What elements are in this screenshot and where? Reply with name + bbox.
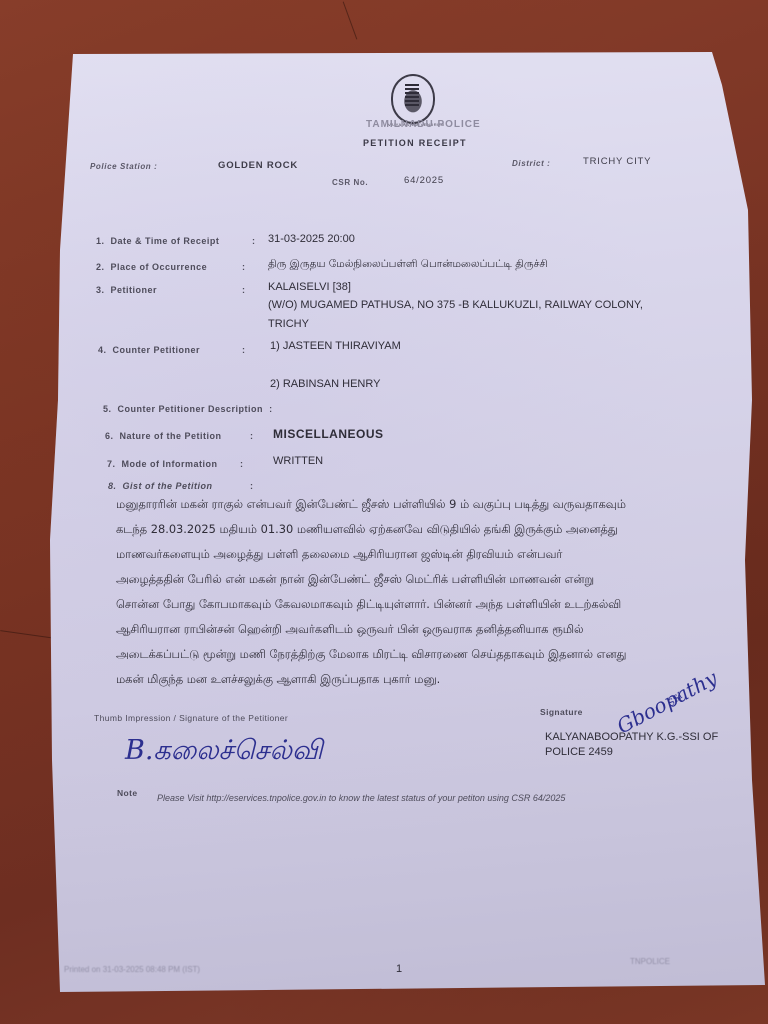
field-separator: : <box>242 285 246 295</box>
field-place-value: திரு இருதய மேல்நிலைப்பள்ளி பொன்மலைப்பட்ட… <box>268 258 548 271</box>
officer-post: POLICE 2459 <box>545 746 613 758</box>
gist-line: ஆசிரியரான ராபின்சன் ஹென்றி அவர்களிடம் ஒர… <box>116 617 706 642</box>
csr-label: CSR No. <box>332 178 368 187</box>
field-counter-petitioner-label: 4. Counter Petitioner <box>98 345 200 355</box>
field-label-text: Place of Occurrence <box>111 262 208 272</box>
gist-line: அழைத்ததின் பேரில் என் மகன் நான் இன்பேண்ட… <box>116 567 706 592</box>
gist-line: அடைக்கப்பட்டு மூன்று மணி நேரத்திற்கு மேல… <box>116 642 706 667</box>
gist-line: மகன் மிகுந்த மன உளச்சலுக்கு ஆளாகி இருப்ப… <box>116 667 706 692</box>
field-nature-label: 6. Nature of the Petition <box>105 431 222 441</box>
field-petitioner-city: TRICHY <box>268 318 309 330</box>
document-title: PETITION RECEIPT <box>363 138 467 148</box>
table-crack <box>343 2 358 40</box>
gist-line: கடந்த 28.03.2025 மதியம் 01.30 மணியளவில் … <box>116 517 706 542</box>
field-mode-value: WRITTEN <box>273 455 323 467</box>
field-label-text: Date & Time of Receipt <box>111 236 220 246</box>
field-petitioner-address: (W/O) MUGAMED PATHUSA, NO 375 -B KALLUKU… <box>268 299 643 311</box>
field-counter-description-label: 5. Counter Petitioner Description : <box>103 404 273 414</box>
field-label-text: Counter Petitioner <box>113 345 201 355</box>
page-number: 1 <box>396 963 402 975</box>
field-separator: : <box>250 481 254 491</box>
organization-name: TAMILNADU POLICE <box>366 119 481 130</box>
field-place-label: 2. Place of Occurrence <box>96 262 207 272</box>
field-label-text: Mode of Information <box>122 459 218 469</box>
csr-number: 64/2025 <box>404 175 444 186</box>
gist-of-petition-text: மனுதாரரின் மகன் ராகுல் என்பவர் இன்பேண்ட்… <box>116 492 706 692</box>
field-separator: : <box>242 345 246 355</box>
police-station-label: Police Station : <box>90 162 157 171</box>
field-gist-label: 8. Gist of the Petition <box>108 481 213 491</box>
gist-line: மாணவர்களையும் அழைத்து பள்ளி தலைமை ஆசிரிய… <box>116 542 706 567</box>
police-station-value: GOLDEN ROCK <box>218 160 298 171</box>
field-counter-petitioner-2: 2) RABINSAN HENRY <box>270 378 380 390</box>
petition-receipt-paper: VAIYA KAYAM VENDRUM TAMILNADU POLICE PET… <box>0 0 768 1024</box>
field-date-time-value: 31-03-2025 20:00 <box>268 233 355 245</box>
petitioner-signature: B.கலைச்செல்வி <box>125 735 323 770</box>
field-label-text: Gist of the Petition <box>123 481 213 491</box>
field-separator: : <box>252 236 256 246</box>
note-label: Note <box>117 788 138 798</box>
footer-right-text: TNPOLICE <box>630 957 670 966</box>
field-separator: : <box>240 459 244 469</box>
district-label: District : <box>512 159 550 168</box>
field-petitioner-label: 3. Petitioner <box>96 285 157 295</box>
officer-signature-label: Signature <box>540 707 583 717</box>
field-separator: : <box>242 262 246 272</box>
note-text: Please Visit http://eservices.tnpolice.g… <box>157 793 565 803</box>
field-label-text: Nature of the Petition <box>120 431 222 441</box>
officer-name: KALYANABOOPATHY K.G.-SSI OF <box>545 731 718 743</box>
gist-line: சொன்ன போது கோபமாகவும் கேவலமாகவும் திட்டி… <box>116 592 706 617</box>
tamil-nadu-emblem-icon <box>391 74 435 124</box>
field-separator: : <box>250 431 254 441</box>
field-date-time-label: 1. Date & Time of Receipt <box>96 236 219 246</box>
field-label-text: Counter Petitioner Description <box>118 404 264 414</box>
petitioner-signature-label: Thumb Impression / Signature of the Peti… <box>94 713 288 723</box>
field-mode-label: 7. Mode of Information <box>107 459 218 469</box>
field-counter-petitioner-1: 1) JASTEEN THIRAVIYAM <box>270 340 401 352</box>
field-label-text: Petitioner <box>111 285 158 295</box>
field-nature-value: MISCELLANEOUS <box>273 427 384 441</box>
district-value: TRICHY CITY <box>583 156 651 167</box>
footer-print-timestamp: Printed on 31-03-2025 08:48 PM (IST) <box>64 965 200 974</box>
field-separator: : <box>269 404 273 414</box>
gist-line: மனுதாரரின் மகன் ராகுல் என்பவர் இன்பேண்ட்… <box>116 492 706 517</box>
field-petitioner-name: KALAISELVI [38] <box>268 281 351 293</box>
